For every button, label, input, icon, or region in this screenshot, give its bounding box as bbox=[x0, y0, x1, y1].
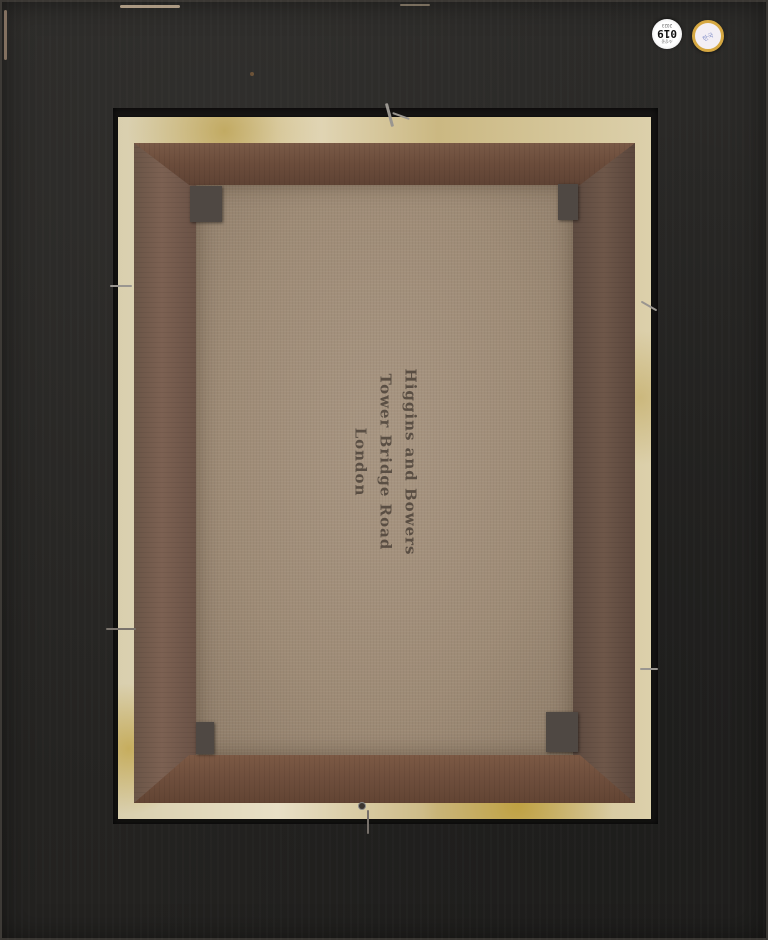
frame-chip bbox=[120, 5, 180, 8]
hanging-wire-bottom bbox=[367, 810, 369, 834]
nail-head bbox=[359, 803, 365, 809]
inventory-label-white: 소장품 019 2023 bbox=[652, 19, 682, 49]
label-small-text-bottom: 2023 bbox=[662, 24, 672, 29]
frame-chip bbox=[4, 10, 7, 60]
corner-key-top-right bbox=[558, 184, 578, 220]
side-nail-right-lower bbox=[640, 668, 658, 670]
inventory-label-gold: 한국 bbox=[692, 20, 724, 52]
frame-chip bbox=[250, 72, 254, 76]
corner-key-top-left bbox=[190, 186, 222, 222]
corner-key-bottom-left bbox=[196, 722, 214, 754]
canvas-supplier-stamp: Higgins and Bowers Tower Bridge Road Lon… bbox=[348, 369, 423, 556]
label-small-text-top: 소장품 bbox=[661, 40, 673, 45]
stamp-line-3: London bbox=[348, 369, 373, 556]
frame-chip bbox=[400, 4, 430, 6]
stretcher-bar-top bbox=[134, 143, 635, 185]
stretcher-bar-bottom bbox=[134, 755, 635, 803]
stretcher-bar-left bbox=[134, 143, 196, 803]
label-handwriting: 한국 bbox=[701, 29, 715, 42]
stamp-line-1: Higgins and Bowers bbox=[398, 369, 423, 556]
corner-key-bottom-right bbox=[546, 712, 578, 752]
label-number: 019 bbox=[657, 29, 677, 40]
stamp-line-2: Tower Bridge Road bbox=[373, 369, 398, 556]
side-nail-left-lower bbox=[106, 628, 136, 630]
side-nail-left-upper bbox=[110, 285, 132, 287]
stretcher-bar-right bbox=[573, 143, 635, 803]
